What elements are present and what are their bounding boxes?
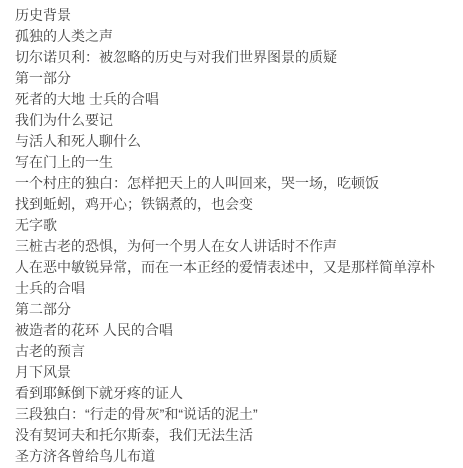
text-line: 月下风景 (15, 362, 455, 383)
text-line: 切尔诺贝利：被忽略的历史与对我们世界图景的质疑 (15, 47, 455, 68)
text-line: 写在门上的一生 (15, 152, 455, 173)
text-line: 圣方济各曾给鸟儿布道 (15, 446, 455, 467)
document-page: 历史背景孤独的人类之声切尔诺贝利：被忽略的历史与对我们世界图景的质疑第一部分死者… (0, 0, 463, 468)
text-line: 第二部分 (15, 299, 455, 320)
text-lines: 历史背景孤独的人类之声切尔诺贝利：被忽略的历史与对我们世界图景的质疑第一部分死者… (15, 5, 455, 467)
text-line: 看到耶稣倒下就牙疼的证人 (15, 383, 455, 404)
text-line: 三桩古老的恐惧，为何一个男人在女人讲话时不作声 (15, 236, 455, 257)
text-line: 第一部分 (15, 68, 455, 89)
text-line: 无字歌 (15, 215, 455, 236)
text-line: 与活人和死人聊什么 (15, 131, 455, 152)
text-line: 我们为什么要记 (15, 110, 455, 131)
text-line: 没有契诃夫和托尔斯泰，我们无法生活 (15, 425, 455, 446)
text-line: 被造者的花环 人民的合唱 (15, 320, 455, 341)
text-line: 人在恶中敏锐异常，而在一本正经的爱情表述中，又是那样简单淳朴 (15, 257, 455, 278)
text-line: 孤独的人类之声 (15, 26, 455, 47)
text-line: 一个村庄的独白：怎样把天上的人叫回来，哭一场，吃顿饭 (15, 173, 455, 194)
text-line: 三段独白：“行走的骨灰”和“说话的泥土” (15, 404, 455, 425)
text-line: 找到蚯蚓，鸡开心；铁锅煮的，也会变 (15, 194, 455, 215)
text-line: 死者的大地 士兵的合唱 (15, 89, 455, 110)
text-line: 历史背景 (15, 5, 455, 26)
text-line: 士兵的合唱 (15, 278, 455, 299)
text-line: 古老的预言 (15, 341, 455, 362)
